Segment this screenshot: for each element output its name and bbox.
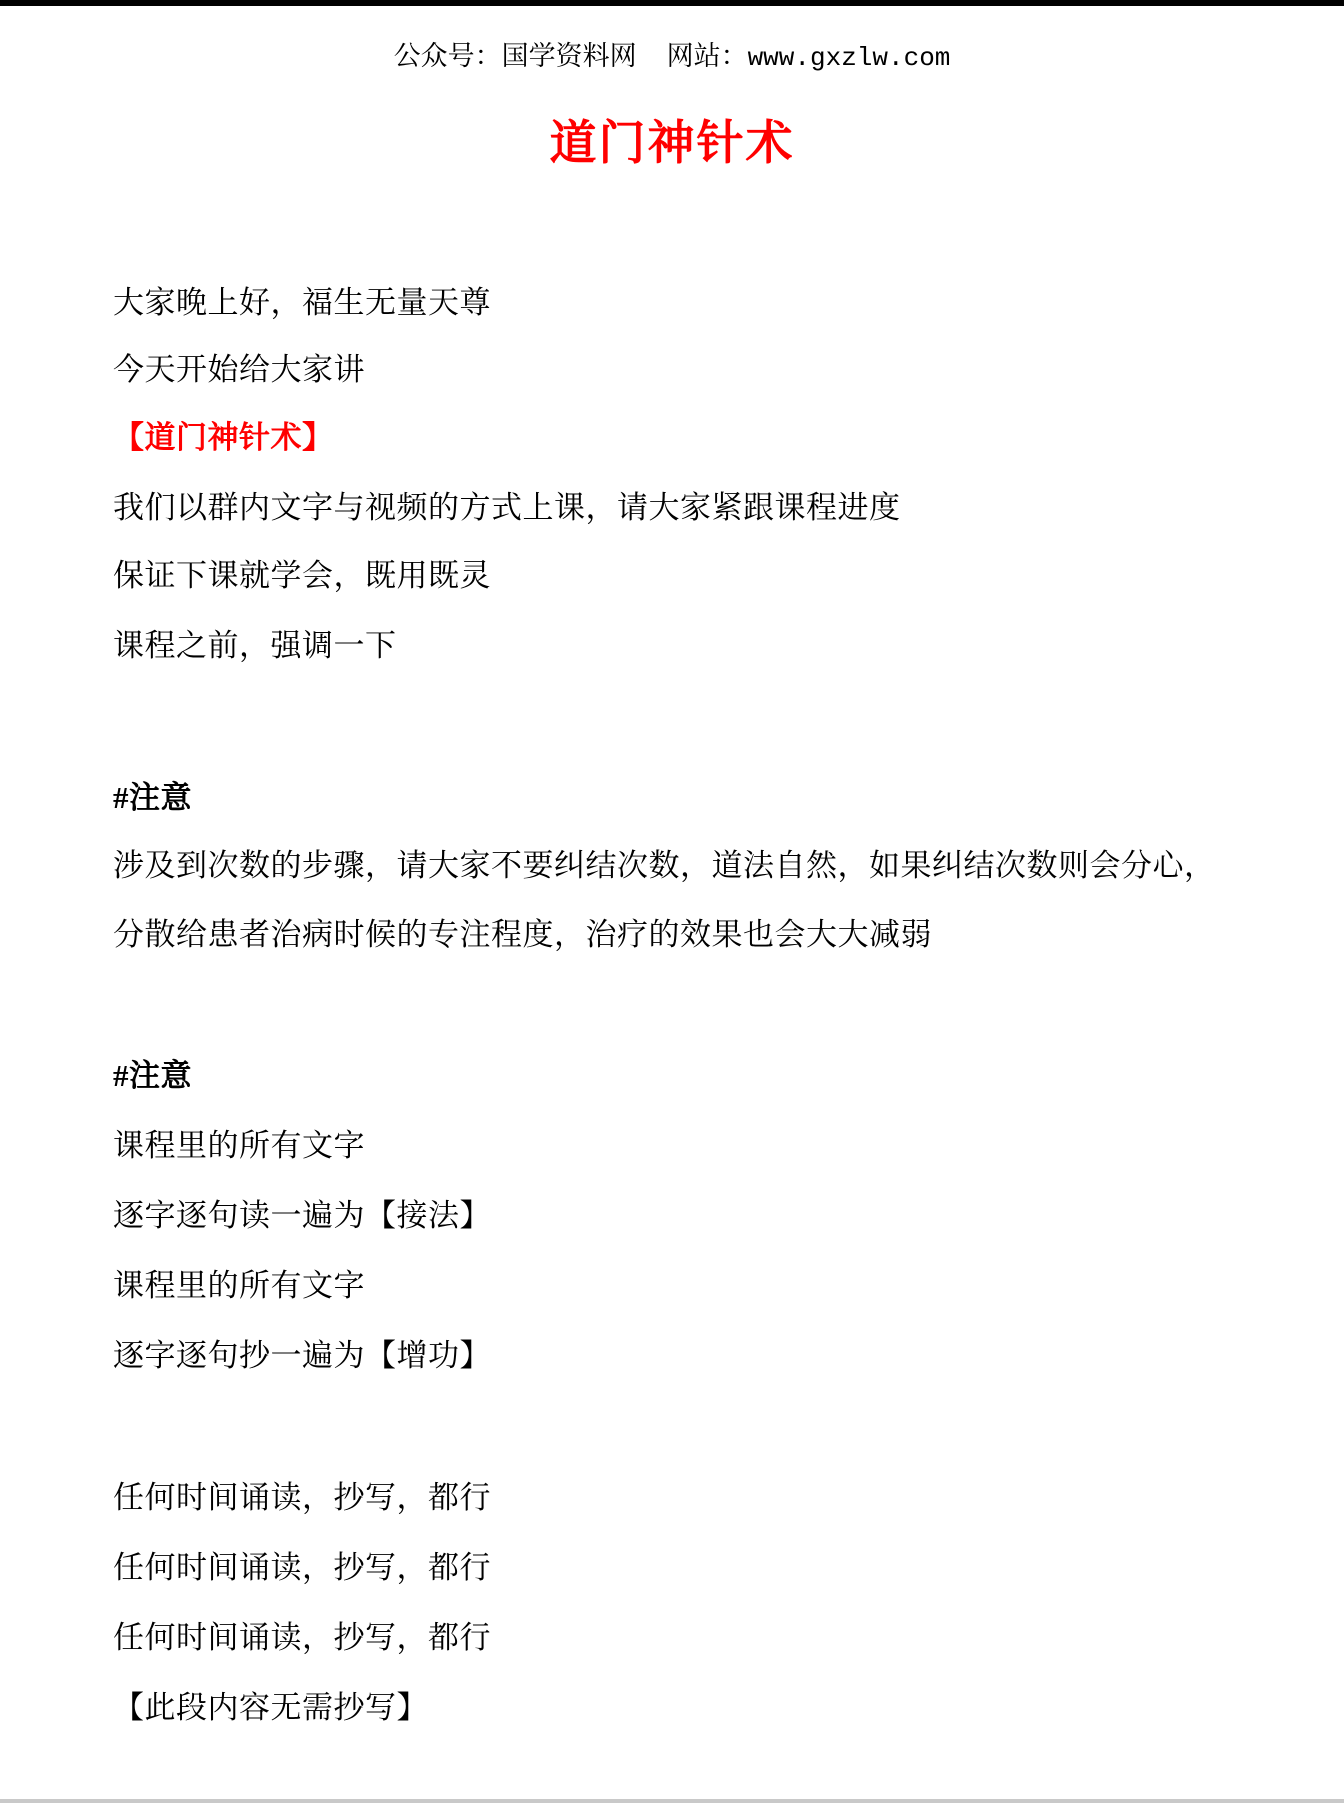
text-line: 逐字逐句抄一遍为【增功】 xyxy=(113,1336,491,1376)
header-note: 公众号：国学资料网网站：www.gxzlw.com xyxy=(0,34,1344,73)
text-line: 保证下课就学会，既用既灵 xyxy=(113,556,491,596)
text-line: 任何时间诵读，抄写，都行 xyxy=(113,1478,491,1518)
text-line: 今天开始给大家讲 xyxy=(113,350,365,390)
text-line: 任何时间诵读，抄写，都行 xyxy=(113,1548,491,1588)
document-title: 道门神针术 xyxy=(0,106,1344,173)
note-heading: #注意 xyxy=(113,778,192,818)
text-line: 课程之前，强调一下 xyxy=(113,626,397,666)
text-line: 逐字逐句读一遍为【接法】 xyxy=(113,1196,491,1236)
header-site-url: www.gxzlw.com xyxy=(748,43,951,73)
bracket-note: 【此段内容无需抄写】 xyxy=(113,1688,428,1728)
text-line: 课程里的所有文字 xyxy=(113,1126,365,1166)
text-line: 涉及到次数的步骤，请大家不要纠结次数，道法自然，如果纠结次数则会分心， xyxy=(113,846,1216,886)
header-account-label: 公众号：国学资料网 xyxy=(394,41,637,71)
document-page: 公众号：国学资料网网站：www.gxzlw.com 道门神针术 大家晚上好，福生… xyxy=(0,0,1344,1803)
bottom-edge-bar xyxy=(0,1799,1344,1803)
header-site-label: 网站： xyxy=(667,41,748,71)
text-line: 我们以群内文字与视频的方式上课，请大家紧跟课程进度 xyxy=(113,488,901,528)
note-heading: #注意 xyxy=(113,1056,192,1096)
top-edge-bar xyxy=(0,0,1344,6)
section-heading-red: 【道门神针术】 xyxy=(113,418,334,458)
text-line: 任何时间诵读，抄写，都行 xyxy=(113,1618,491,1658)
text-line: 课程里的所有文字 xyxy=(113,1266,365,1306)
text-line: 分散给患者治病时候的专注程度，治疗的效果也会大大减弱 xyxy=(113,915,932,955)
text-line: 大家晚上好，福生无量天尊 xyxy=(113,283,491,323)
